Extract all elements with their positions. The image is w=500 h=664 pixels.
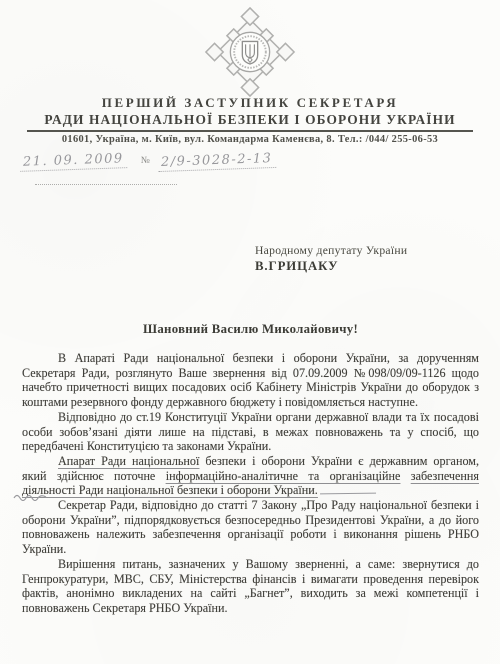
body-paragraph-5: Вирішення питань, зазначених у Вашому зв… bbox=[22, 557, 479, 616]
letterhead: ПЕРШИЙ ЗАСТУПНИК СЕКРЕТАРЯ РАДИ НАЦІОНАЛ… bbox=[0, 95, 500, 145]
body-paragraph-4: Секретар Ради, відповідно до статті 7 За… bbox=[22, 498, 479, 557]
letterhead-title-line2: РАДИ НАЦІОНАЛЬНОЇ БЕЗПЕКИ І ОБОРОНИ УКРА… bbox=[0, 112, 500, 128]
letterhead-rule bbox=[27, 130, 473, 132]
salutation: Шановний Василю Миколайовичу! bbox=[22, 322, 479, 337]
reference-line: 21. 09. 2009 № 2/9-3028-2-13 bbox=[20, 151, 275, 170]
letter-body: Шановний Василю Миколайовичу! В Апараті … bbox=[22, 322, 479, 616]
trident-emblem-icon bbox=[202, 6, 298, 98]
body-paragraph-1: В Апараті Ради національної безпеки і об… bbox=[22, 351, 479, 410]
scanned-letter-page: ПЕРШИЙ ЗАСТУПНИК СЕКРЕТАРЯ РАДИ НАЦІОНАЛ… bbox=[0, 0, 500, 664]
body-text-segment bbox=[400, 469, 410, 483]
letterhead-address: 01601, Україна, м. Київ, вул. Командарма… bbox=[0, 134, 500, 145]
blank-dotted-line bbox=[35, 184, 177, 185]
recipient-title: Народному депутату України bbox=[255, 244, 407, 257]
body-text-segment: Секретар Ради, відповідно до статті 7 За… bbox=[22, 498, 479, 556]
recipient-name: В.ГРИЦАКУ bbox=[255, 259, 407, 274]
pen-underlined-text: Апарат Ради національної bbox=[58, 454, 199, 468]
handwritten-date: 21. 09. 2009 bbox=[20, 151, 127, 172]
body-paragraph-3: Апарат Ради національної безпеки і оборо… bbox=[22, 454, 479, 498]
pen-squiggle-icon bbox=[13, 493, 47, 501]
handwritten-number: 2/9-3028-2-13 bbox=[158, 151, 276, 172]
pen-underline-tail bbox=[320, 489, 376, 495]
letterhead-title-line1: ПЕРШИЙ ЗАСТУПНИК СЕКРЕТАРЯ bbox=[0, 95, 500, 111]
pen-underlined-text: інформаційно-аналітичне та організаційне bbox=[166, 469, 401, 483]
number-sign-label: № bbox=[141, 156, 150, 166]
rnbo-emblem bbox=[202, 6, 298, 103]
recipient-block: Народному депутату України В.ГРИЦАКУ bbox=[255, 244, 407, 274]
body-paragraph-2: Відповідно до ст.19 Конституції України … bbox=[22, 410, 479, 454]
